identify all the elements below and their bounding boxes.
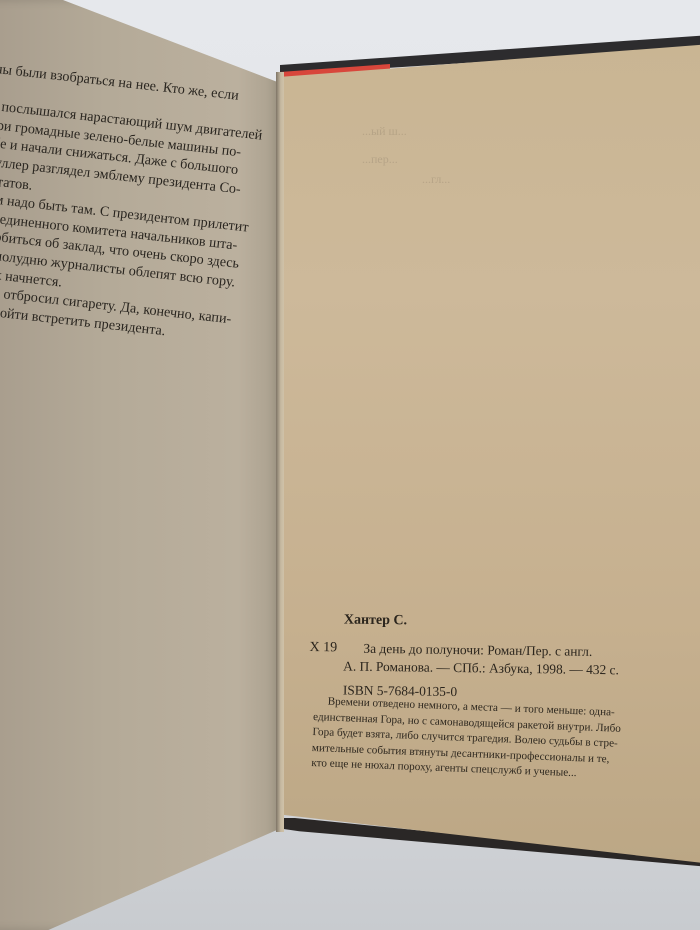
catalog-author: Хантер С.: [344, 612, 407, 629]
photo-scene: ...ый ш... ...пер... ...гл... ны были вз…: [0, 0, 700, 930]
left-page-text: ны были взобраться на нее. Кто же, если …: [0, 60, 276, 350]
bleed-through-text: ...ый ш...: [362, 124, 407, 139]
classification-code: Х 19: [309, 640, 337, 656]
bleed-through-text: ...пер...: [362, 152, 398, 167]
book-annotation: Времени отведено немного, а места — и то…: [311, 694, 694, 786]
bleed-through-text: ...гл...: [422, 172, 450, 187]
book-gutter: [276, 72, 284, 832]
